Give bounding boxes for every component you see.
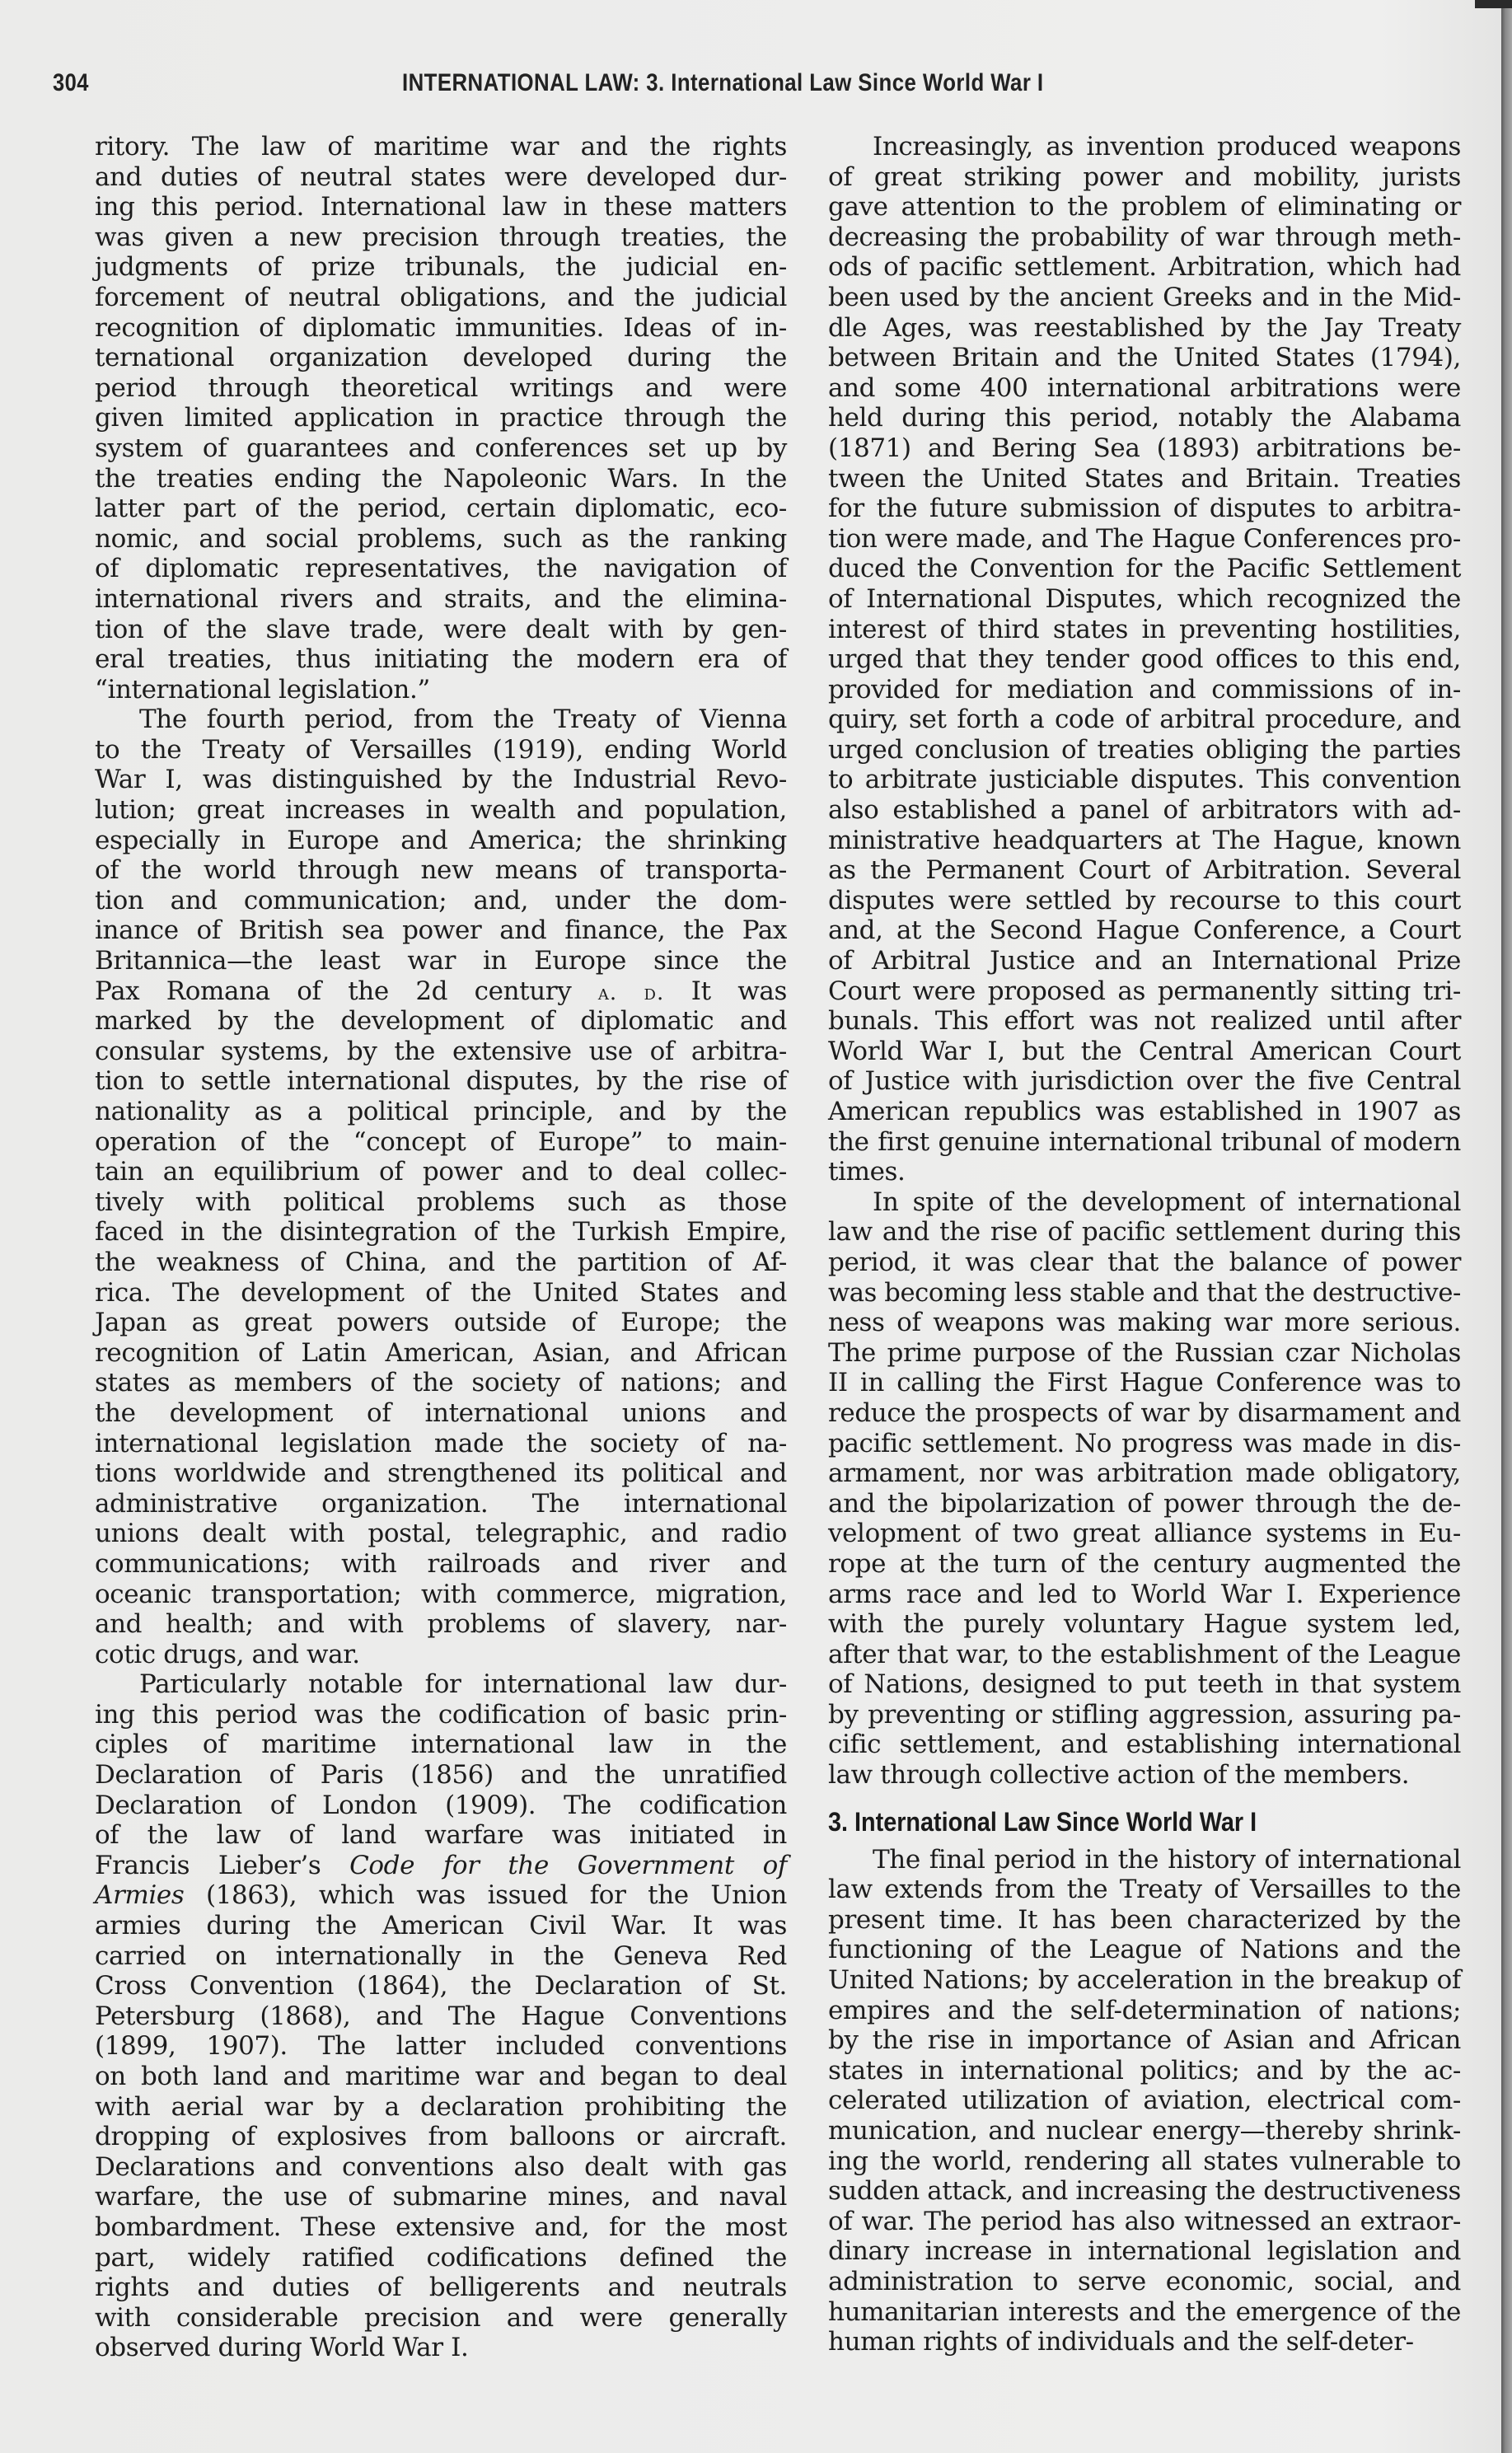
text-line: and, at the Second Hague Conference, a C… [828,915,1461,946]
text-line: of Justice with jurisdiction over the fi… [828,1066,1461,1097]
text-line: tion to settle international disputes, b… [95,1066,787,1097]
running-head-title: INTERNATIONAL LAW: 3. International Law … [402,69,1044,97]
text-line: (1899, 1907). The latter included conven… [95,2031,787,2062]
text-line: velopment of two great alliance systems … [828,1519,1461,1549]
text-line: faced in the disintegration of the Turki… [95,1217,787,1248]
text-line: disputes were settled by recourse to thi… [828,886,1461,916]
text-line: ing this period. International law in th… [95,192,787,222]
text-line: tain an equilibrium of power and to deal… [95,1157,787,1187]
text-line: The fourth period, from the Treaty of Vi… [95,705,787,735]
text-line: was given a new precision through treati… [95,222,787,253]
text-line: to arbitrate justiciable disputes. This … [828,765,1461,795]
text-line: nomic, and social problems, such as the … [95,524,787,555]
text-line: rope at the turn of the century augmente… [828,1549,1461,1580]
text-line: law and the rise of pacific settlement d… [828,1217,1461,1248]
text-line: and health; and with problems of slavery… [95,1609,787,1640]
section-heading: 3. International Law Since World War I [828,1797,1397,1845]
paragraph: The fourth period, from the Treaty of Vi… [95,705,787,1669]
text-line: II in calling the First Hague Conference… [828,1368,1461,1398]
text-line: humanitarian interests and the emergence… [828,2297,1461,2328]
text-line: decreasing the probability of war throug… [828,222,1461,253]
text-line: ing this period was the codification of … [95,1700,787,1730]
text-line: and the bipolarization of power through … [828,1489,1461,1519]
text-line: of Arbitral Justice and an International… [828,946,1461,976]
text-line: recognition of diplomatic immunities. Id… [95,313,787,344]
text-line: on both land and maritime war and began … [95,2062,787,2092]
text-line: marked by the development of diplomatic … [95,1006,787,1037]
text-line: lution; great increases in wealth and po… [95,795,787,826]
text-line: tion were made, and The Hague Conference… [828,524,1461,555]
text-line: Petersburg (1868), and The Hague Convent… [95,2001,787,2032]
text-line: War I, was distinguished by the Industri… [95,765,787,795]
text-line: inance of British sea power and finance,… [95,915,787,946]
text-line: ministrative headquarters at The Hague, … [828,826,1461,856]
text-line: tively with political problems such as t… [95,1187,787,1218]
text-line: reduce the prospects of war by disarmame… [828,1398,1461,1429]
text-line: of great striking power and mobility, ju… [828,162,1461,193]
text-line: Britannica—the least war in Europe since… [95,946,787,976]
text-line: latter part of the period, certain diplo… [95,494,787,524]
text-line: after that war, to the establishment of … [828,1640,1461,1670]
paragraph: Particularly notable for international l… [95,1669,787,2363]
text-line: duced the Convention for the Pacific Set… [828,554,1461,584]
text-line: World War I, but the Central American Co… [828,1037,1461,1067]
text-line: international rivers and straits, and th… [95,584,787,615]
text-line: especially in Europe and America; the sh… [95,826,787,856]
text-line: the development of international unions … [95,1398,787,1429]
text-line: of the law of land warfare was initiated… [95,1820,787,1851]
text-line: dle Ages, was reestablished by the Jay T… [828,313,1461,344]
text-line: with aerial war by a declaration prohibi… [95,2092,787,2123]
text-line: sudden attack, and increasing the destru… [828,2176,1461,2207]
text-line: unions dealt with postal, telegraphic, a… [95,1519,787,1549]
text-line: the treaties ending the Napoleonic Wars.… [95,464,787,494]
text-line: law through collective action of the mem… [828,1760,1461,1791]
text-line: of war. The period has also witnessed an… [828,2207,1461,2237]
text-line: ods of pacific settlement. Arbitration, … [828,252,1461,283]
text-line: system of guarantees and conferences set… [95,433,787,464]
text-line: of International Disputes, which recogni… [828,584,1461,615]
text-line: communications; with railroads and river… [95,1549,787,1580]
book-edge-dark [1475,0,1512,8]
text-line: ritory. The law of maritime war and the … [95,132,787,162]
text-line: oceanic transportation; with commerce, m… [95,1580,787,1610]
text-line: states in international politics; and by… [828,2056,1461,2086]
text-line: Declaration of London (1909). The codifi… [95,1791,787,1821]
text-line: munication, and nuclear energy—thereby s… [828,2116,1461,2146]
text-line: was becoming less stable and that the de… [828,1278,1461,1308]
text-line: The prime purpose of the Russian czar Ni… [828,1338,1461,1369]
text-line: present time. It has been characterized … [828,1905,1461,1936]
right-column: Increasingly, as invention produced weap… [828,132,1461,2357]
text-line: with considerable precision and were gen… [95,2303,787,2334]
text-line: United Nations; by acceleration in the b… [828,1965,1461,1996]
text-line: arms race and led to World War I. Experi… [828,1580,1461,1610]
text-line: as the Permanent Court of Arbitration. S… [828,855,1461,886]
text-line: tion of the slave trade, were dealt with… [95,615,787,645]
text-line: with the purely voluntary Hague system l… [828,1609,1461,1640]
text-line: pacific settlement. No progress was made… [828,1429,1461,1459]
text-line: ciples of maritime international law in … [95,1730,787,1760]
text-line: states as members of the society of nati… [95,1368,787,1398]
paragraph: In spite of the development of internati… [828,1187,1461,1791]
text-line: human rights of individuals and the self… [828,2327,1461,2357]
text-line: tions worldwide and strengthened its pol… [95,1458,787,1489]
text-line: Declarations and conventions also dealt … [95,2152,787,2183]
text-line: administrative organization. The interna… [95,1489,787,1519]
text-line: and some 400 international arbitrations … [828,373,1461,404]
text-line: tween the United States and Britain. Tre… [828,464,1461,494]
text-line: ness of weapons was making war more seri… [828,1308,1461,1338]
text-line: American republics was established in 19… [828,1097,1461,1127]
text-line: warfare, the use of submarine mines, and… [95,2182,787,2212]
text-line: of the world through new means of transp… [95,855,787,886]
text-line: observed during World War I. [95,2333,787,2363]
text-line: Particularly notable for international l… [95,1669,787,1700]
text-line: law extends from the Treaty of Versaille… [828,1875,1461,1905]
text-line: “international legislation.” [95,675,787,705]
text-line: Japan as great powers outside of Europe;… [95,1308,787,1338]
left-column: ritory. The law of maritime war and the … [95,132,787,2363]
text-line: held during this period, notably the Ala… [828,403,1461,433]
text-line: functioning of the League of Nations and… [828,1935,1461,1965]
text-line: part, widely ratified codifications defi… [95,2243,787,2273]
text-line: operation of the “concept of Europe” to … [95,1127,787,1158]
paragraph: The final period in the history of inter… [828,1845,1461,2357]
text-line: bunals. This effort was not realized unt… [828,1006,1461,1037]
text-line: of diplomatic representatives, the navig… [95,554,787,584]
text-line: armament, nor was arbitration made oblig… [828,1458,1461,1489]
text-line: also established a panel of arbitrators … [828,795,1461,826]
text-line: consular systems, by the extensive use o… [95,1037,787,1067]
text-line: tion and communication; and, under the d… [95,886,787,916]
text-line: eral treaties, thus initiating the moder… [95,644,787,675]
spacer [828,1791,1461,1797]
text-line: ing the world, rendering all states vuln… [828,2146,1461,2177]
text-line: ternational organization developed durin… [95,343,787,373]
text-line: celerated utilization of aviation, elect… [828,2086,1461,2116]
text-line: Declaration of Paris (1856) and the unra… [95,1760,787,1791]
text-line: judgments of prize tribunals, the judici… [95,252,787,283]
text-line: cotic drugs, and war. [95,1640,787,1670]
book-gutter-shadow [1501,0,1512,2453]
text-line: by the rise in importance of Asian and A… [828,2025,1461,2056]
text-line: international legislation made the socie… [95,1429,787,1459]
text-line: the first genuine international tribunal… [828,1127,1461,1158]
text-line: gave attention to the problem of elimina… [828,192,1461,222]
book-page: 304 INTERNATIONAL LAW: 3. International … [0,0,1501,2453]
text-line: dinary increase in international legisla… [828,2236,1461,2267]
text-line: and duties of neutral states were develo… [95,162,787,193]
text-line: rights and duties of belligerents and ne… [95,2273,787,2303]
text-line: (1871) and Bering Sea (1893) arbitration… [828,433,1461,464]
text-line: empires and the self-determination of na… [828,1996,1461,2026]
text-line: carried on internationally in the Geneva… [95,1941,787,1972]
text-line: given limited application in practice th… [95,403,787,433]
text-line: recognition of Latin American, Asian, an… [95,1338,787,1369]
text-line: nationality as a political principle, an… [95,1097,787,1127]
text-line: of Nations, designed to put teeth in tha… [828,1669,1461,1700]
text-line: by preventing or stifling aggression, as… [828,1700,1461,1730]
text-line: interest of third states in preventing h… [828,615,1461,645]
text-line: armies during the American Civil War. It… [95,1911,787,1941]
text-line: the weakness of China, and the partition… [95,1248,787,1278]
text-line: between Britain and the United States (1… [828,343,1461,373]
text-line: In spite of the development of internati… [828,1187,1461,1218]
text-line: rica. The development of the United Stat… [95,1278,787,1308]
text-line: provided for mediation and commissions o… [828,675,1461,705]
text-line: been used by the ancient Greeks and in t… [828,283,1461,313]
text-line: period through theoretical writings and … [95,373,787,404]
text-line: administration to serve economic, social… [828,2267,1461,2297]
text-line: urged conclusion of treaties obliging th… [828,735,1461,765]
text-line: times. [828,1157,1461,1187]
text-line: Cross Convention (1864), the Declaration… [95,1971,787,2001]
text-line: bombardment. These extensive and, for th… [95,2212,787,2243]
text-line: Court were proposed as permanently sitti… [828,976,1461,1007]
text-line: cific settlement, and establishing inter… [828,1730,1461,1760]
text-line: quiry, set forth a code of arbitral proc… [828,705,1461,735]
paragraph: ritory. The law of maritime war and the … [95,132,787,705]
paragraph: Increasingly, as invention produced weap… [828,132,1461,1187]
text-line: forcement of neutral obligations, and th… [95,283,787,313]
text-line: dropping of explosives from balloons or … [95,2122,787,2152]
text-line: The final period in the history of inter… [828,1845,1461,1875]
text-line: Pax Romana of the 2d century a. d. It wa… [95,976,787,1007]
text-line: for the future submission of disputes to… [828,494,1461,524]
text-line: Francis Lieber’s Code for the Government… [95,1851,787,1881]
text-line: Increasingly, as invention produced weap… [828,132,1461,162]
text-line: to the Treaty of Versailles (1919), endi… [95,735,787,765]
text-line: Armies (1863), which was issued for the … [95,1880,787,1911]
page-number: 304 [53,69,89,97]
text-line: urged that they tender good offices to t… [828,644,1461,675]
text-line: period, it was clear that the balance of… [828,1248,1461,1278]
running-head: 304 INTERNATIONAL LAW: 3. International … [0,64,1501,105]
